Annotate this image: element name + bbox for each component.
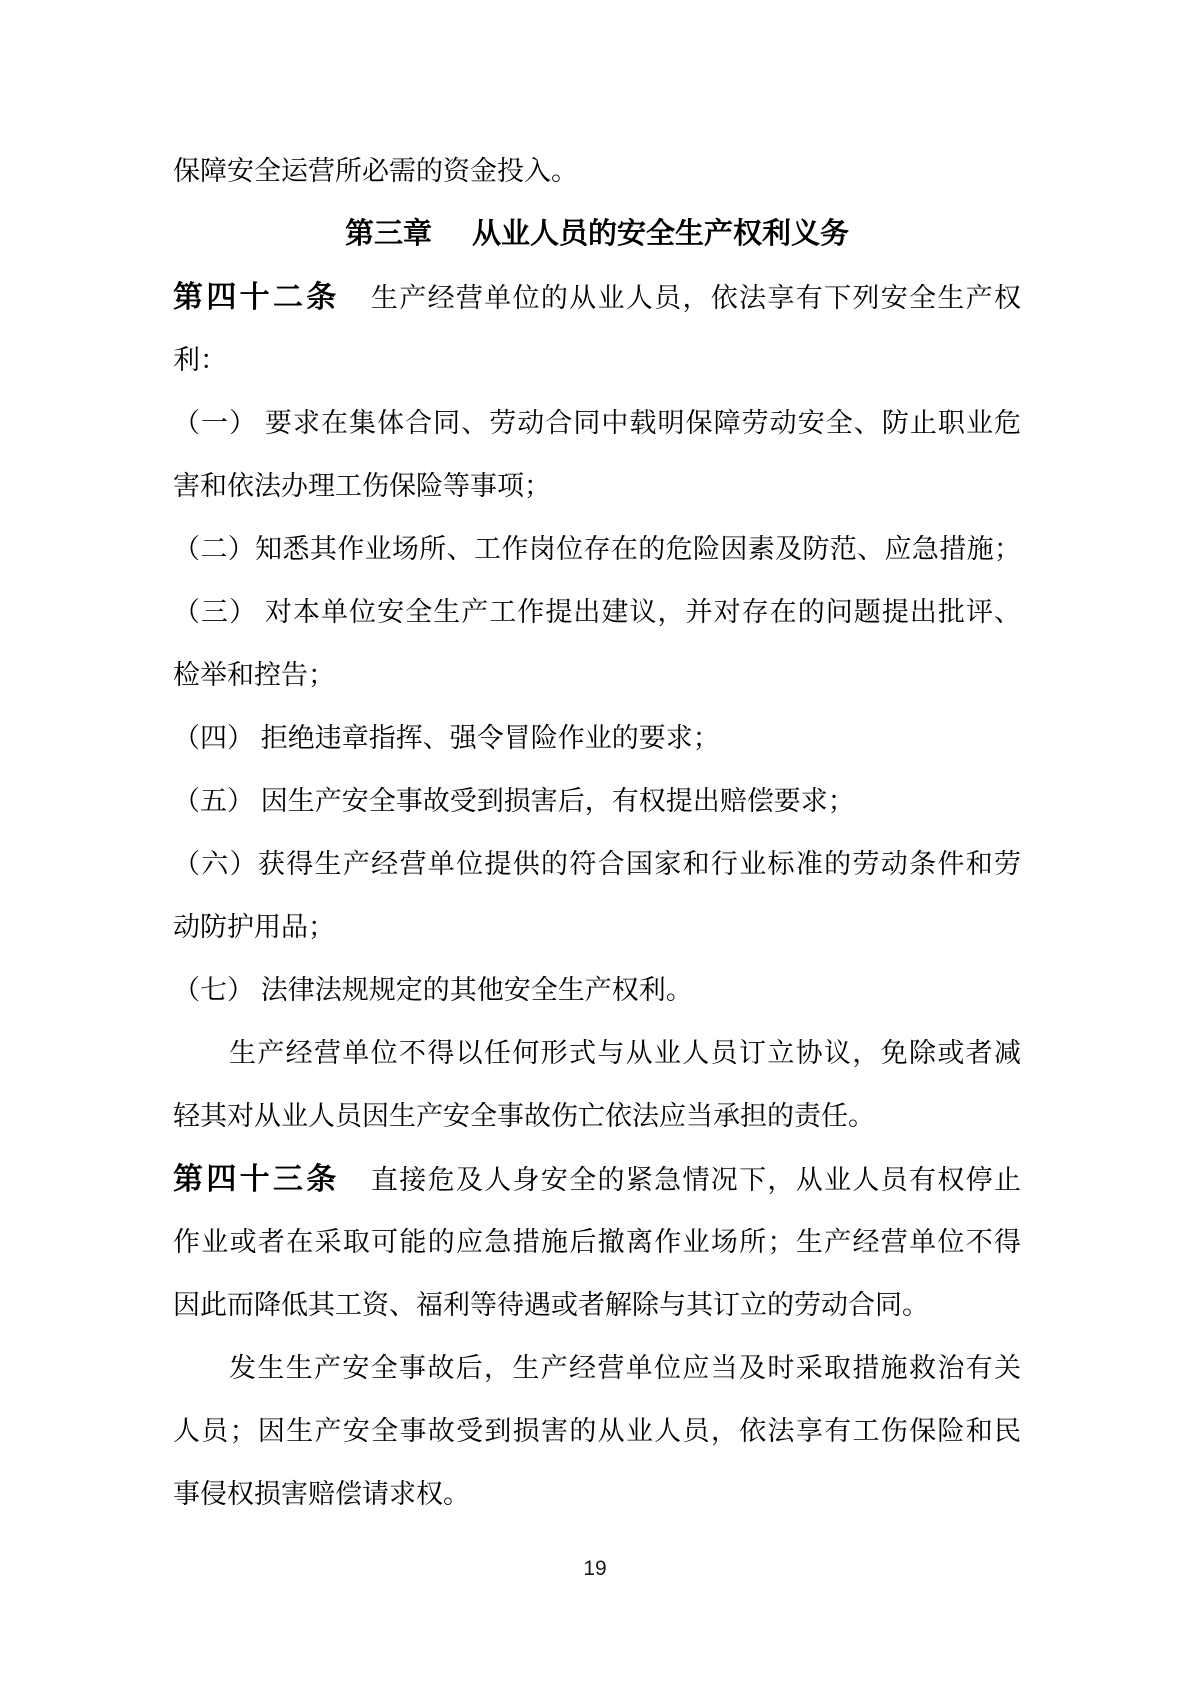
line-text: 直接危及人身安全的紧急情况下，从业人员有权停止 [370,1165,1021,1195]
spacer [432,242,472,243]
text-line: （二）知悉其作业场所、工作岗位存在的危险因素及防范、应急措施； [173,518,1021,581]
article-start-line: 第四十三条直接危及人身安全的紧急情况下，从业人员有权停止 [173,1148,1021,1211]
article-number: 第四十三条 [173,1163,340,1196]
text-line: 人员；因生产安全事故受到损害的从业人员，依法享有工伤保险和民 [173,1400,1021,1463]
article-number: 第四十二条 [173,281,340,314]
text-line: （一） 要求在集体合同、劳动合同中载明保障劳动安全、防止职业危 [173,392,1021,455]
document-body: 保障安全运营所必需的资金投入。第三章从业人员的安全生产权利义务第四十二条生产经营… [173,140,1021,1526]
line-text: 生产经营单位的从业人员，依法享有下列安全生产权 [370,283,1021,313]
text-line: （七） 法律法规规定的其他安全生产权利。 [173,959,1021,1022]
text-line: 利： [173,329,1021,392]
document-page: 保障安全运营所必需的资金投入。第三章从业人员的安全生产权利义务第四十二条生产经营… [0,0,1190,1683]
spacer [340,1188,370,1189]
text-line: 发生生产安全事故后，生产经营单位应当及时采取措施救治有关 [173,1337,1021,1400]
line-text: 从业人员的安全生产权利义务 [472,218,849,250]
chapter-heading: 第三章从业人员的安全生产权利义务 [173,203,1021,266]
text-line: （三） 对本单位安全生产工作提出建议，并对存在的问题提出批评、 [173,581,1021,644]
text-line: 事侵权损害赔偿请求权。 [173,1463,1021,1526]
page-number: 19 [0,1556,1190,1582]
text-line: 动防护用品； [173,896,1021,959]
text-line: 生产经营单位不得以任何形式与从业人员订立协议，免除或者减 [173,1022,1021,1085]
chapter-number: 第三章 [345,218,432,250]
text-line: 作业或者在采取可能的应急措施后撤离作业场所；生产经营单位不得 [173,1211,1021,1274]
text-line: 因此而降低其工资、福利等待遇或者解除与其订立的劳动合同。 [173,1274,1021,1337]
article-start-line: 第四十二条生产经营单位的从业人员，依法享有下列安全生产权 [173,266,1021,329]
text-line: （四） 拒绝违章指挥、强令冒险作业的要求； [173,707,1021,770]
spacer [340,306,370,307]
text-line: 检举和控告； [173,644,1021,707]
text-line: 害和依法办理工伤保险等事项； [173,455,1021,518]
text-line: 保障安全运营所必需的资金投入。 [173,140,1021,203]
text-line: 轻其对从业人员因生产安全事故伤亡依法应当承担的责任。 [173,1085,1021,1148]
text-line: （六）获得生产经营单位提供的符合国家和行业标准的劳动条件和劳 [173,833,1021,896]
text-line: （五） 因生产安全事故受到损害后，有权提出赔偿要求； [173,770,1021,833]
